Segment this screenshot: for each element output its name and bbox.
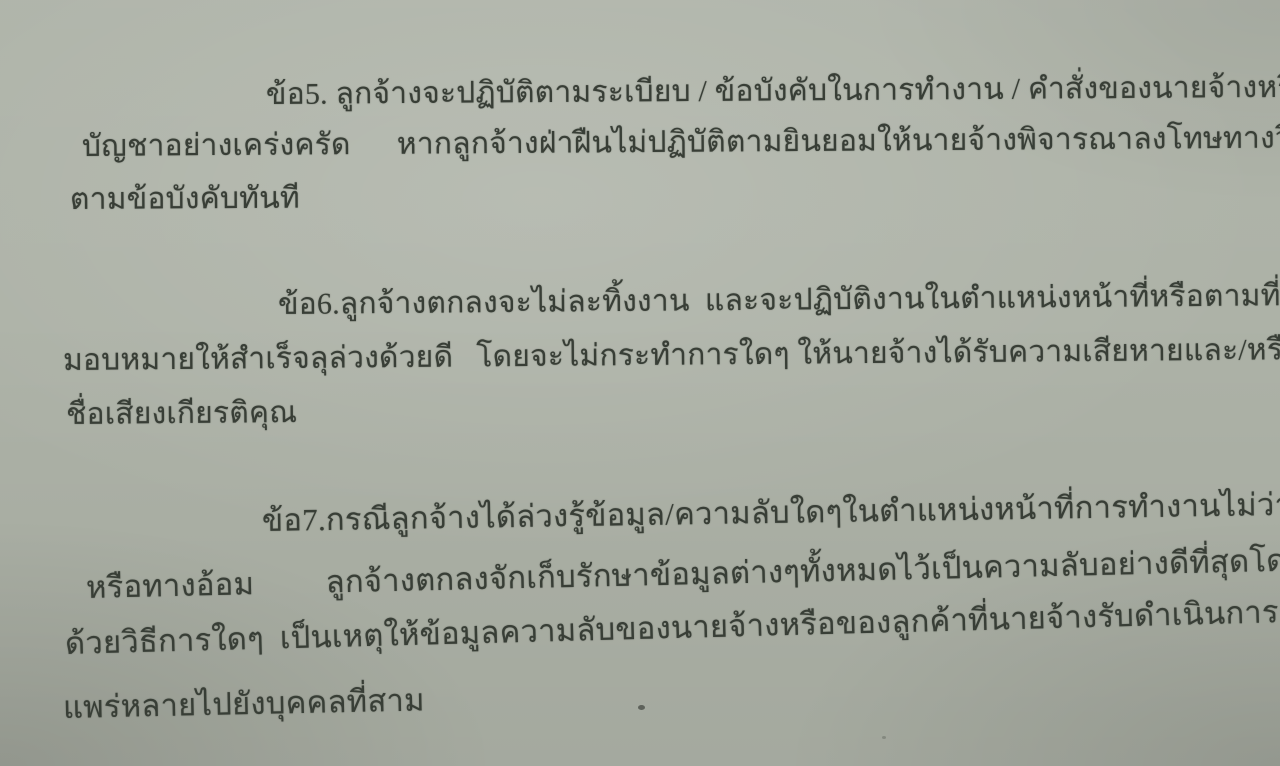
clause-6-line-2: มอบหมายให้สำเร็จลุล่วงด้วยดี โดยจะไม่กระ…: [63, 332, 1280, 378]
clause-5-line-1: ข้อ5. ลูกจ้างจะปฏิบัติตามระเบียบ / ข้อบั…: [266, 70, 1280, 112]
paper-speck-faint: [882, 736, 886, 739]
clause-7-line-1: ข้อ7.กรณีลูกจ้างได้ล่วงรู้ข้อมูล/ความลับ…: [262, 484, 1280, 538]
clause-5-line-2: บัญชาอย่างเคร่งครัด หากลูกจ้างฝ่าฝืนไม่ป…: [82, 120, 1280, 164]
clause-5-line-3: ตามข้อบังคับทันที: [70, 182, 300, 218]
document-photo: ข้อ5. ลูกจ้างจะปฏิบัติตามระเบียบ / ข้อบั…: [0, 0, 1280, 766]
clause-6-line-3: ชื่อเสียงเกียรติคุณ: [66, 396, 298, 433]
clause-7-line-4: แพร่หลายไปยังบุคคลที่สาม: [63, 682, 425, 725]
paper-speck: [638, 705, 645, 710]
clause-7-line-2: หรือทางอ้อม ลูกจ้างตกลงจักเก็บรักษาข้อมู…: [86, 539, 1280, 606]
clause-6-line-1: ข้อ6.ลูกจ้างตกลงจะไม่ละทิ้งงาน และจะปฏิบ…: [278, 278, 1280, 322]
